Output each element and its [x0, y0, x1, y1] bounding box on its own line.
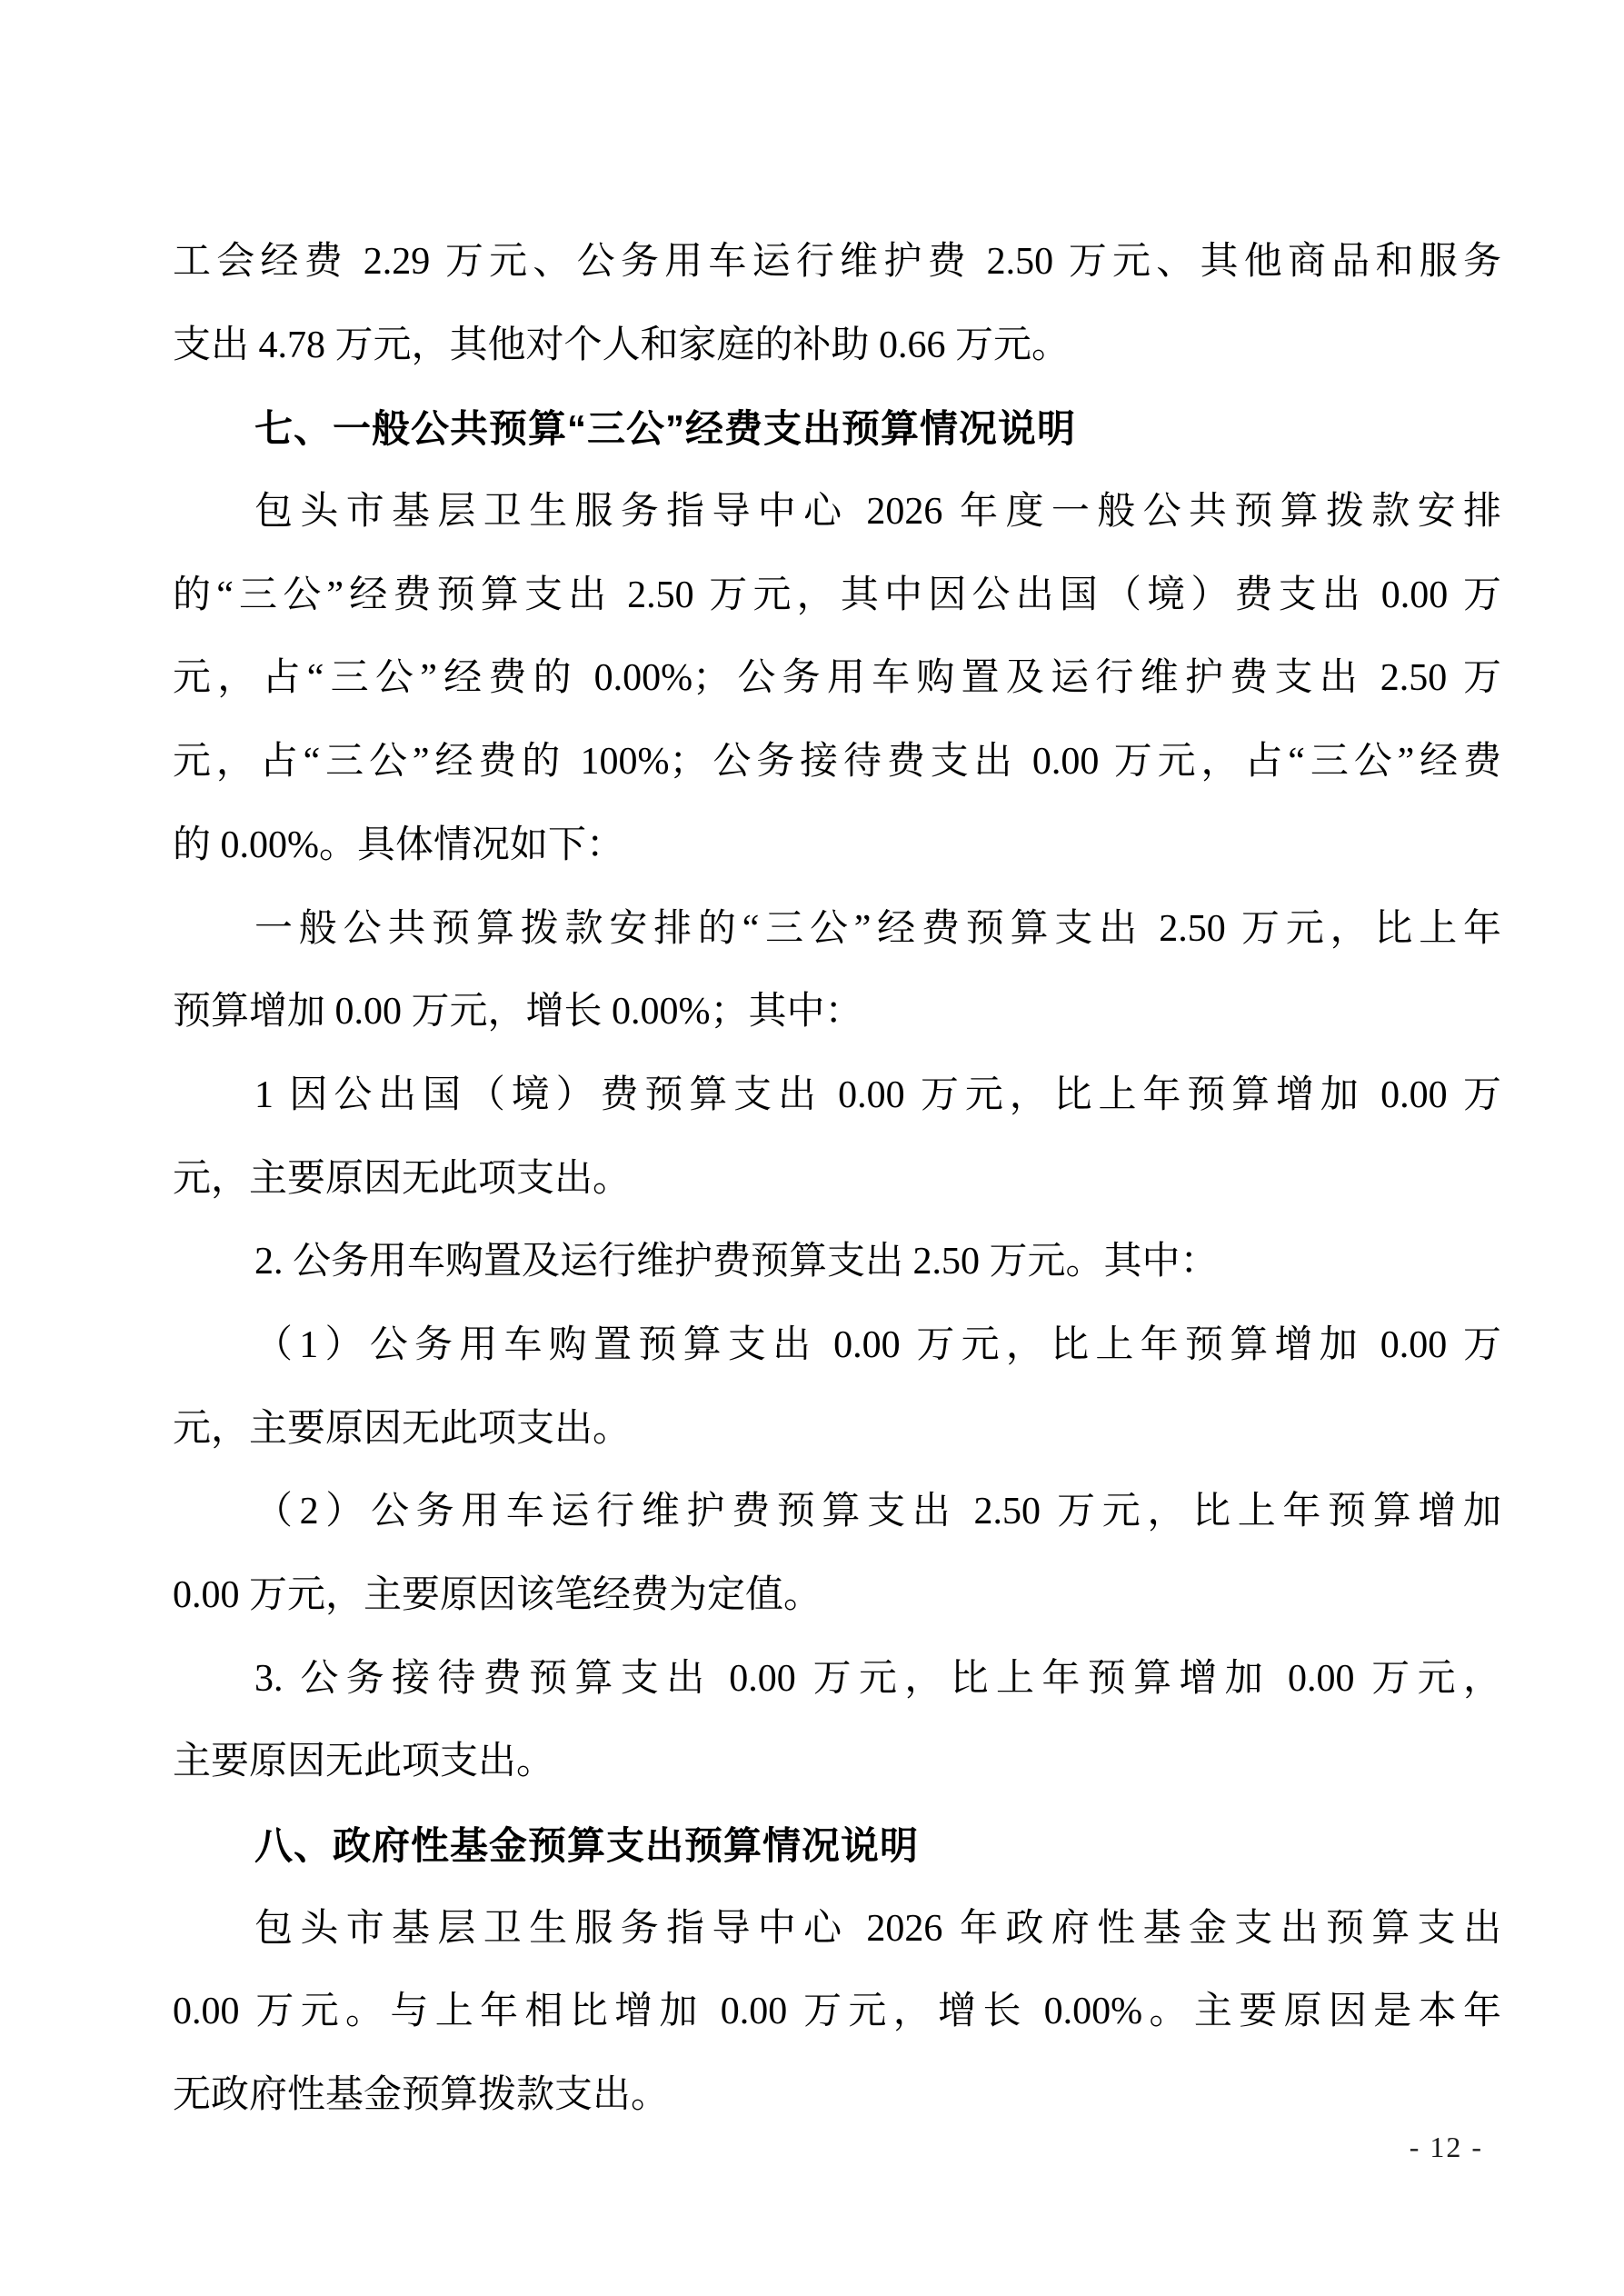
page-number: - 12 -: [1410, 2129, 1483, 2165]
body-text-line: 元，主要原因无此项支出。: [173, 1388, 1501, 1472]
section-heading: 七、一般公共预算“三公”经费支出预算情况说明: [173, 387, 1501, 471]
document-text-block: 工会经费 2.29 万元、公务用车运行维护费 2.50 万元、其他商品和服务支出…: [173, 221, 1501, 2138]
body-text-line: 工会经费 2.29 万元、公务用车运行维护费 2.50 万元、其他商品和服务: [173, 221, 1501, 304]
body-text-line: 主要原因无此项支出。: [173, 1721, 1501, 1804]
body-text-line: 元，主要原因无此项支出。: [173, 1138, 1501, 1222]
document-page: 工会经费 2.29 万元、公务用车运行维护费 2.50 万元、其他商品和服务支出…: [0, 0, 1624, 2296]
body-text-line: 0.00 万元。与上年相比增加 0.00 万元，增长 0.00%。主要原因是本年: [173, 1971, 1501, 2054]
body-text-line: （1）公务用车购置预算支出 0.00 万元，比上年预算增加 0.00 万: [173, 1304, 1501, 1388]
body-text-line: 无政府性基金预算拨款支出。: [173, 2054, 1501, 2138]
body-text-line: 预算增加 0.00 万元，增长 0.00%；其中：: [173, 971, 1501, 1054]
body-text-line: 2. 公务用车购置及运行维护费预算支出 2.50 万元。其中：: [173, 1221, 1501, 1304]
body-text-line: 的 0.00%。具体情况如下：: [173, 804, 1501, 888]
body-text-line: 的“三公”经费预算支出 2.50 万元，其中因公出国（境）费支出 0.00 万: [173, 554, 1501, 638]
section-heading: 八、政府性基金预算支出预算情况说明: [173, 1804, 1501, 1888]
body-text-line: 包头市基层卫生服务指导中心 2026 年度一般公共预算拨款安排: [173, 471, 1501, 554]
body-text-line: 3. 公务接待费预算支出 0.00 万元，比上年预算增加 0.00 万元，: [173, 1638, 1501, 1722]
body-text-line: 1 因公出国（境）费预算支出 0.00 万元，比上年预算增加 0.00 万: [173, 1054, 1501, 1138]
body-text-line: 一般公共预算拨款安排的“三公”经费预算支出 2.50 万元，比上年: [173, 888, 1501, 972]
body-text-line: （2）公务用车运行维护费预算支出 2.50 万元，比上年预算增加: [173, 1471, 1501, 1554]
body-text-line: 包头市基层卫生服务指导中心 2026 年政府性基金支出预算支出: [173, 1888, 1501, 1972]
body-text-line: 元，占“三公”经费的 0.00%；公务用车购置及运行维护费支出 2.50 万: [173, 637, 1501, 721]
body-text-line: 元，占“三公”经费的 100%；公务接待费支出 0.00 万元，占“三公”经费: [173, 721, 1501, 804]
body-text-line: 支出 4.78 万元，其他对个人和家庭的补助 0.66 万元。: [173, 304, 1501, 388]
body-text-line: 0.00 万元，主要原因该笔经费为定值。: [173, 1554, 1501, 1638]
